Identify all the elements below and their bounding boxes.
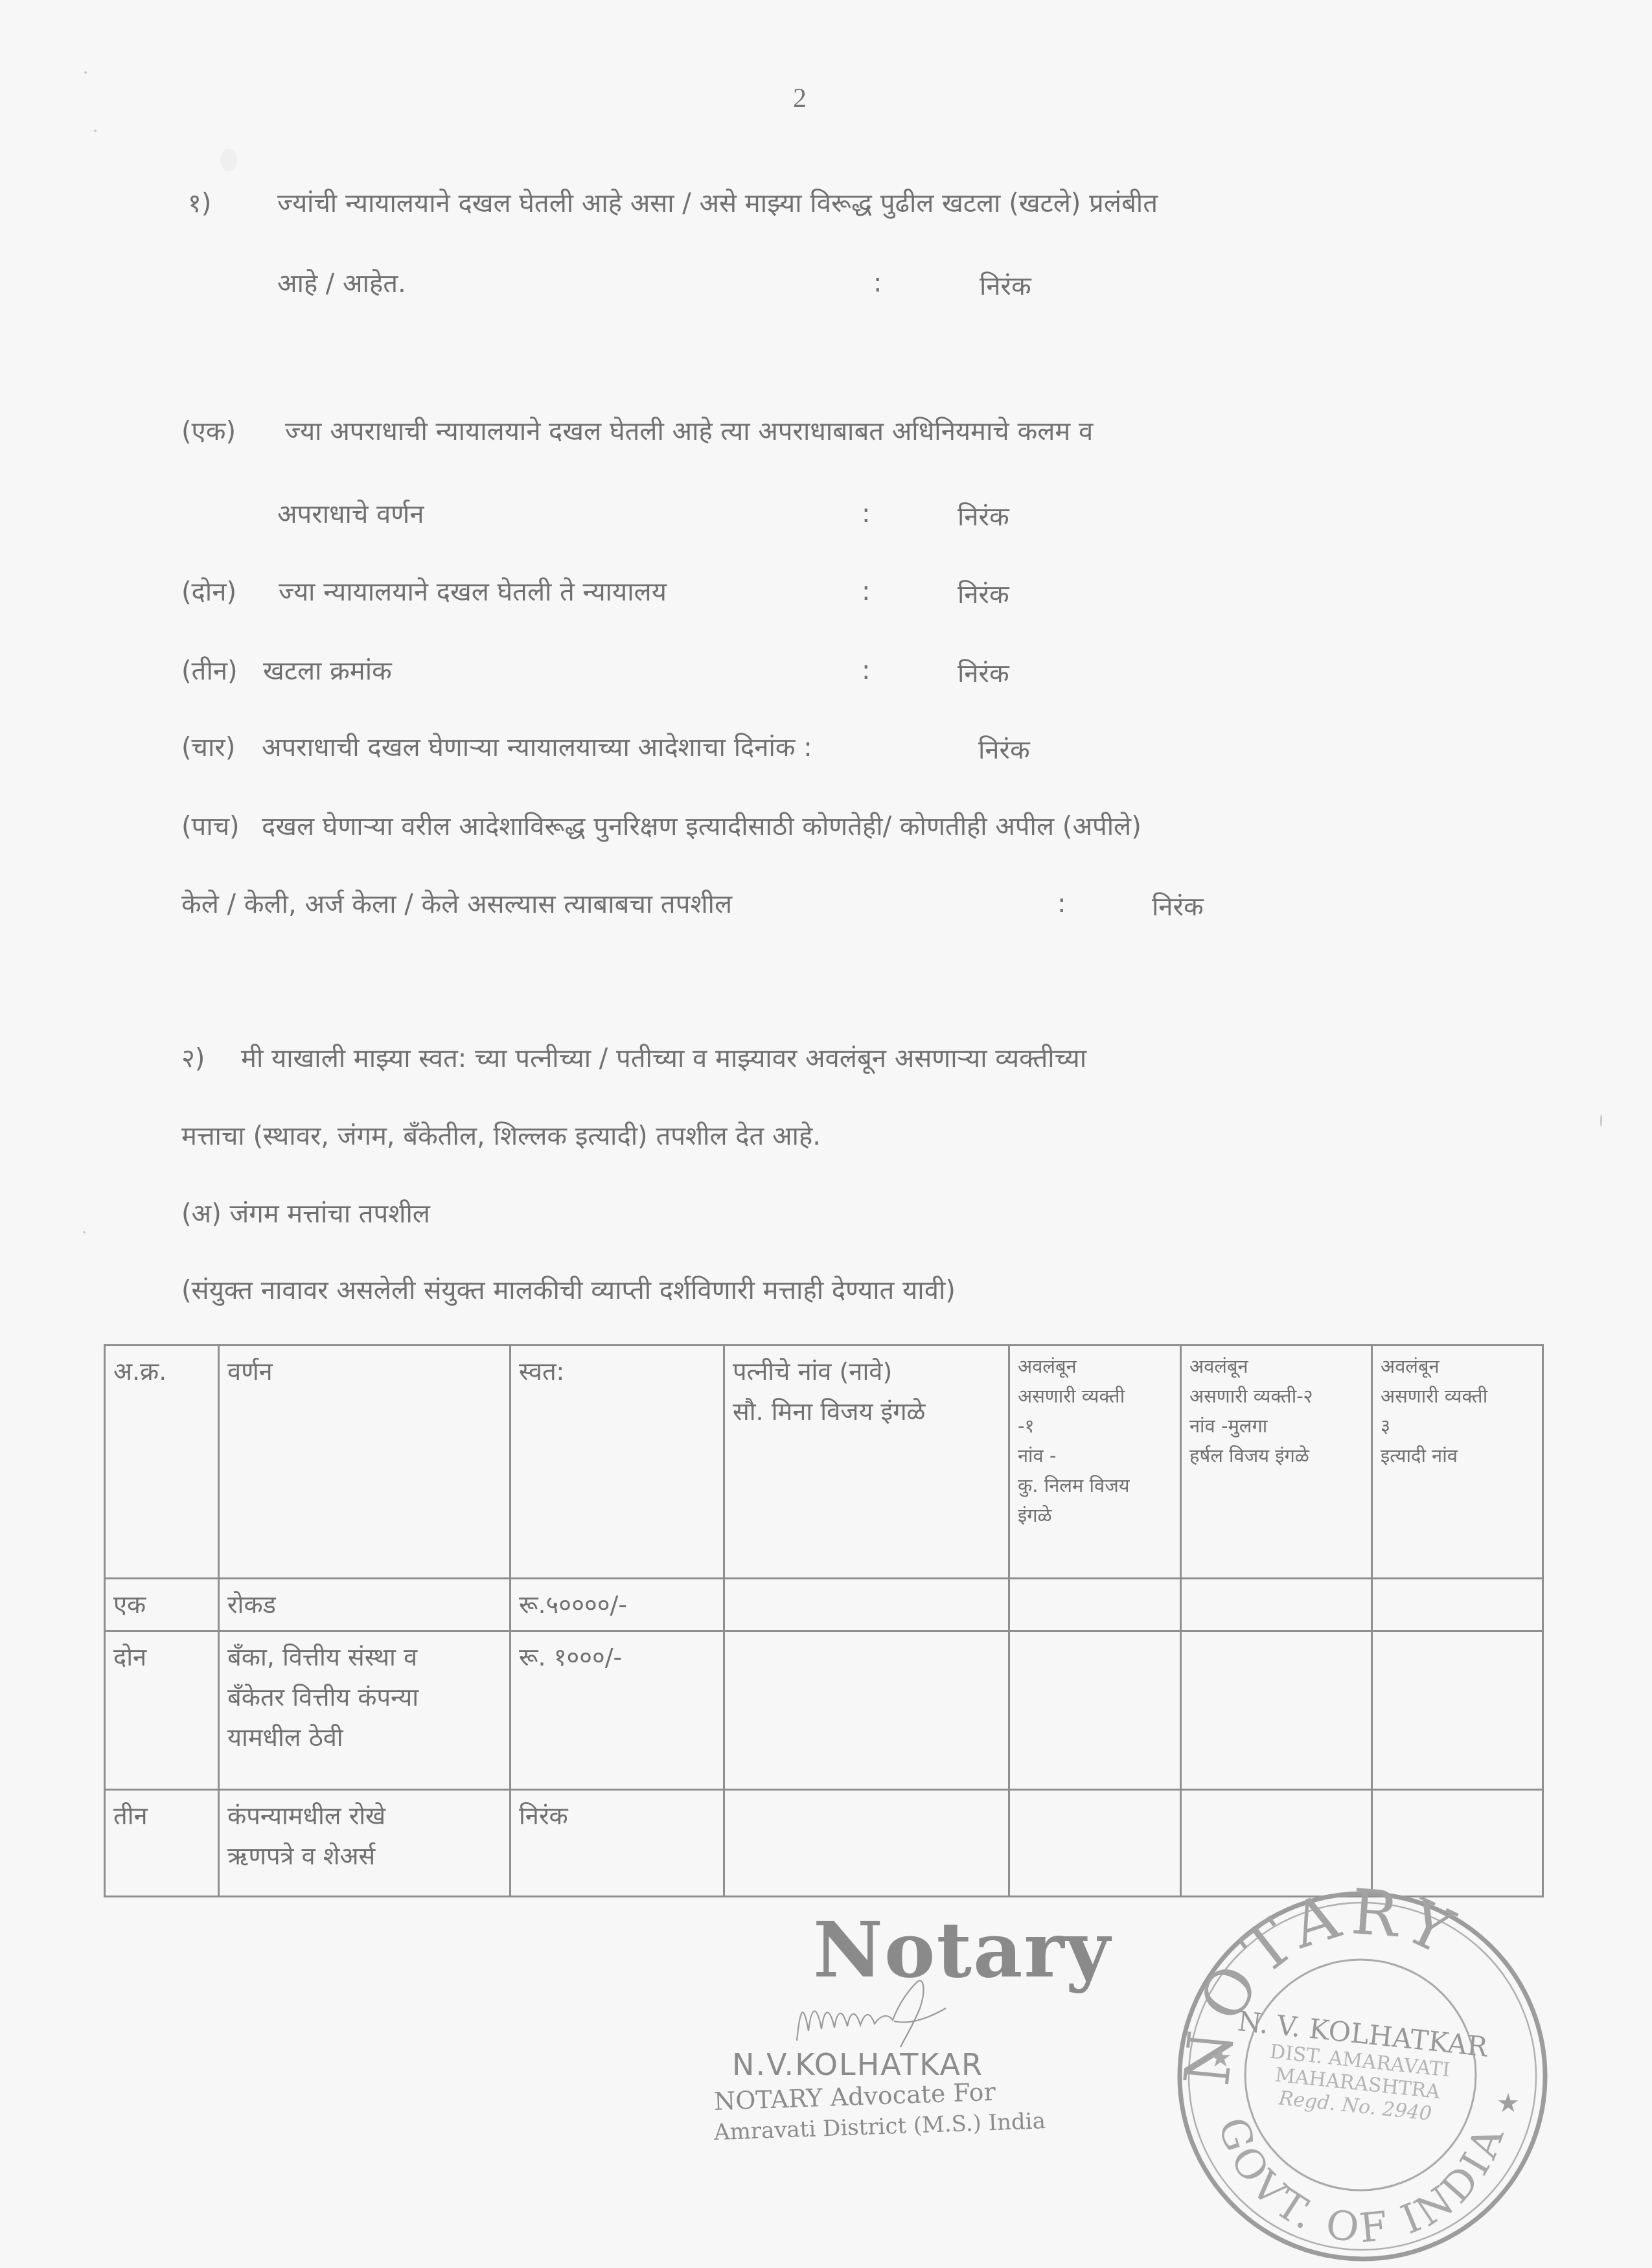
cell-dependent-3 xyxy=(1372,1631,1543,1790)
cell-dependent-2 xyxy=(1181,1790,1372,1897)
table-row: तीन कंपन्यामधील रोखे ऋणपत्रे व शेअर्स नि… xyxy=(105,1790,1543,1897)
item-pach-value: निरंक xyxy=(1152,888,1204,923)
item-pach-colon: : xyxy=(1057,889,1066,919)
cell-dependent-1 xyxy=(1009,1631,1181,1790)
header-dependent-2: अवलंबून असणारी व्यक्ती-२ नांव -मुलगा हर्… xyxy=(1181,1346,1372,1579)
cell-self: रू. १०००/- xyxy=(511,1631,724,1790)
item-teen-text: खटला क्रमांक xyxy=(263,654,392,688)
item-ek-text-line2: अपराधाचे वर्णन xyxy=(277,498,424,531)
item-don-value: निरंक xyxy=(958,575,1009,611)
header-dependent-1: अवलंबून असणारी व्यक्ती -१ नांव - कु. निल… xyxy=(1009,1346,1181,1579)
item-char-label: (चार) xyxy=(181,731,235,764)
item-char-text: अपराधाची दखल घेणाऱ्या न्यायालयाच्या आदेश… xyxy=(262,731,812,764)
seal-star-icon: ★ xyxy=(1497,2089,1520,2118)
header-serial: अ.क्र. xyxy=(105,1346,219,1579)
item-teen-value: निरंक xyxy=(958,654,1009,690)
cell-description: कंपन्यामधील रोखे ऋणपत्रे व शेअर्स xyxy=(219,1790,511,1897)
item-don-text: ज्या न्यायालयाने दखल घेतली ते न्यायालय xyxy=(279,575,667,609)
section1-text-line2: आहे / आहेत. xyxy=(277,267,406,301)
cell-dependent-3 xyxy=(1372,1579,1543,1631)
notary-stamp: Notary N.V.KOLHATKAR NOTARY Advocate For… xyxy=(713,1892,1166,2267)
movable-assets-table: अ.क्र. वर्णन स्वत: पत्नीचे नांव (नावे) स… xyxy=(104,1344,1544,1897)
item-teen-label: (तीन) xyxy=(181,654,238,688)
cell-serial: दोन xyxy=(105,1631,219,1790)
item-teen-colon: : xyxy=(862,656,870,685)
cell-spouse xyxy=(724,1631,1009,1790)
notary-role: NOTARY Advocate For xyxy=(713,2078,996,2116)
cell-spouse xyxy=(724,1790,1009,1897)
section1-number: १) xyxy=(188,187,211,220)
cell-self: निरंक xyxy=(511,1790,724,1897)
section1-colon: : xyxy=(873,268,882,298)
cell-dependent-2 xyxy=(1181,1579,1372,1631)
cell-serial: तीन xyxy=(105,1790,219,1897)
table-row: एक रोकड रू.५००००/- xyxy=(105,1579,1543,1631)
section2-subheading: (अ) जंगम मत्तांचा तपशील xyxy=(181,1197,430,1231)
signature-icon xyxy=(784,1969,959,2054)
cell-self: रू.५००००/- xyxy=(511,1579,724,1631)
section2-note: (संयुक्त नावावर असलेली संयुक्त मालकीची व… xyxy=(181,1274,956,1307)
item-don-label: (दोन) xyxy=(181,575,236,609)
item-pach-label: (पाच) xyxy=(181,810,240,843)
item-ek-label: (एक) xyxy=(181,415,236,448)
item-pach-text-line2: केले / केली, अर्ज केला / केले असल्यास त्… xyxy=(181,888,732,921)
section1-text-line1: ज्यांची न्यायालयाने दखल घेतली आहे असा / … xyxy=(277,187,1158,220)
section2-number: २) xyxy=(181,1042,205,1075)
cell-dependent-1 xyxy=(1009,1790,1181,1897)
page-number: 2 xyxy=(793,83,807,114)
table-header-row: अ.क्र. वर्णन स्वत: पत्नीचे नांव (नावे) स… xyxy=(105,1346,1543,1579)
header-self: स्वत: xyxy=(511,1346,724,1579)
item-ek-value: निरंक xyxy=(958,498,1009,533)
cell-dependent-3 xyxy=(1372,1790,1543,1897)
cell-dependent-1 xyxy=(1009,1579,1181,1631)
section1-value: निरंक xyxy=(980,267,1031,303)
notary-seal: NOTARY GOVT. OF INDIA ★ ★ N. V. KOLHATKA… xyxy=(1171,1882,1554,2264)
seal-bottom-text: GOVT. OF INDIA xyxy=(1209,2112,1514,2252)
cell-serial: एक xyxy=(105,1579,219,1631)
item-char-value: निरंक xyxy=(978,731,1030,766)
section2-text-line1: मी याखाली माझ्या स्वत: च्या पत्नीच्या / … xyxy=(241,1042,1086,1075)
cell-description: रोकड xyxy=(219,1579,511,1631)
header-description: वर्णन xyxy=(219,1346,511,1579)
notary-name: N.V.KOLHATKAR xyxy=(732,2047,983,2082)
item-don-colon: : xyxy=(862,577,870,606)
header-spouse: पत्नीचे नांव (नावे) सौ. मिना विजय इंगळे xyxy=(724,1346,1009,1579)
item-ek-colon: : xyxy=(862,499,870,529)
item-ek-text-line1: ज्या अपराधाची न्यायालयाने दखल घेतली आहे … xyxy=(285,415,1093,448)
cell-description: बँका, वित्तीय संस्था व बँकेतर वित्तीय कं… xyxy=(219,1631,511,1790)
cell-dependent-2 xyxy=(1181,1631,1372,1790)
item-pach-text-line1: दखल घेणाऱ्या वरील आदेशाविरूद्ध पुनरिक्षण… xyxy=(262,810,1141,843)
cell-spouse xyxy=(724,1579,1009,1631)
section2-text-line2: मत्ताचा (स्थावर, जंगम, बँकेतील, शिल्लक इ… xyxy=(181,1119,821,1153)
header-dependent-3: अवलंबून असणारी व्यक्ती ३ इत्यादी नांव xyxy=(1372,1346,1543,1579)
svg-text:GOVT. OF INDIA: GOVT. OF INDIA xyxy=(1209,2112,1514,2252)
table-row: दोन बँका, वित्तीय संस्था व बँकेतर वित्ती… xyxy=(105,1631,1543,1790)
